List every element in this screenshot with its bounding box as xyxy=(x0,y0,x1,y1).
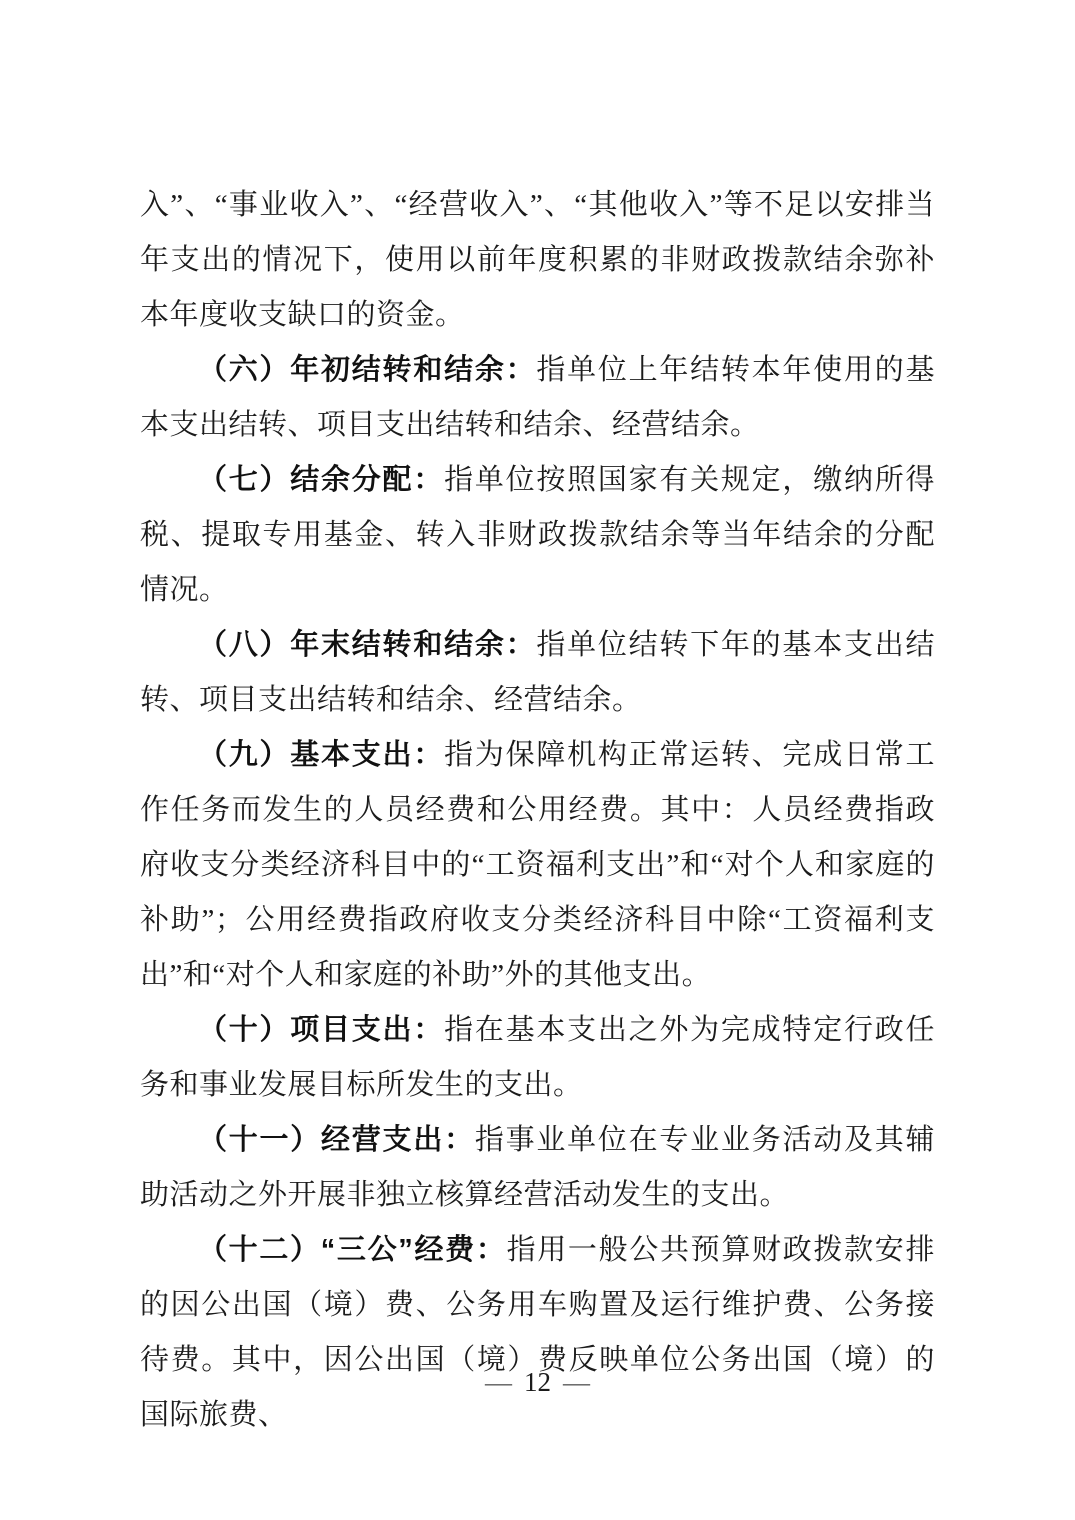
page-footer: —12— xyxy=(0,1362,1075,1402)
document-content: 入”、“事业收入”、“经营收入”、“其他收入”等不足以安排当年支出的情况下，使用… xyxy=(140,178,935,1443)
paragraph-heading: （七）结余分配： xyxy=(198,464,444,496)
paragraph-heading: （九）基本支出： xyxy=(198,739,444,771)
paragraph-item-7: （七）结余分配：指单位按照国家有关规定，缴纳所得税、提取专用基金、转入非财政拨款… xyxy=(140,453,935,618)
paragraph-heading: （十二）“三公”经费： xyxy=(198,1234,507,1266)
paragraph-heading: （十一）经营支出： xyxy=(198,1124,475,1156)
paragraph-item-11: （十一）经营支出：指事业单位在专业业务活动及其辅助活动之外开展非独立核算经营活动… xyxy=(140,1113,935,1223)
paragraph-item-6: （六）年初结转和结余：指单位上年结转本年使用的基本支出结转、项目支出结转和结余、… xyxy=(140,343,935,453)
paragraph-body: 指为保障机构正常运转、完成日常工作任务而发生的人员经费和公用经费。其中：人员经费… xyxy=(140,739,935,991)
paragraph-heading: （八）年末结转和结余： xyxy=(198,629,536,661)
footer-right-dash: — xyxy=(563,1367,590,1397)
page-number: 12 xyxy=(524,1367,551,1397)
paragraph-item-12: （十二）“三公”经费：指用一般公共预算财政拨款安排的因公出国（境）费、公务用车购… xyxy=(140,1223,935,1443)
paragraph-body: 入”、“事业收入”、“经营收入”、“其他收入”等不足以安排当年支出的情况下，使用… xyxy=(140,189,935,331)
footer-left-dash: — xyxy=(485,1367,512,1397)
paragraph-item-10: （十）项目支出：指在基本支出之外为完成特定行政任务和事业发展目标所发生的支出。 xyxy=(140,1003,935,1113)
paragraph-heading: （十）项目支出： xyxy=(198,1014,444,1046)
document-page: 入”、“事业收入”、“经营收入”、“其他收入”等不足以安排当年支出的情况下，使用… xyxy=(0,0,1075,1520)
paragraph-item-9: （九）基本支出：指为保障机构正常运转、完成日常工作任务而发生的人员经费和公用经费… xyxy=(140,728,935,1003)
paragraph-continuation: 入”、“事业收入”、“经营收入”、“其他收入”等不足以安排当年支出的情况下，使用… xyxy=(140,178,935,343)
paragraph-heading: （六）年初结转和结余： xyxy=(198,354,536,386)
paragraph-item-8: （八）年末结转和结余：指单位结转下年的基本支出结转、项目支出结转和结余、经营结余… xyxy=(140,618,935,728)
